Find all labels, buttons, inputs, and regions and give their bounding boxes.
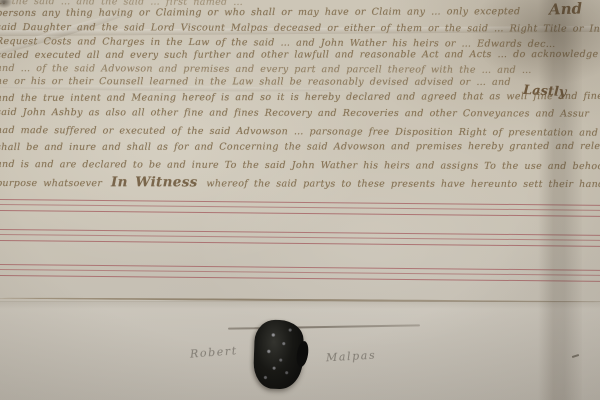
red-rule — [0, 240, 600, 247]
mid-crease — [0, 84, 345, 92]
red-ruled-lines-group — [0, 264, 600, 284]
red-ruled-lines-group — [0, 229, 600, 249]
red-ruled-lines-group — [0, 199, 600, 219]
red-rule — [0, 275, 600, 282]
signature-right: Malpas — [326, 349, 377, 365]
red-rule — [0, 269, 600, 276]
in-witness-engrossed-word: In Witness — [108, 176, 201, 190]
manuscript-line: and the true intent and Meaning hereof i… — [0, 91, 600, 105]
red-rule — [0, 204, 600, 211]
manuscript-line: shall be and inure and shall as for and … — [0, 141, 600, 154]
manuscript-line: said John Ashby as also all other fine a… — [0, 107, 600, 121]
witness-clause-line: purpose whatsoever In Witness whereof th… — [0, 176, 600, 191]
top-right-wrinkle-shade — [470, 0, 600, 86]
manuscript-line: and is and are declared to be and inure … — [0, 159, 600, 173]
witness-clause-before: purpose whatsoever — [0, 178, 102, 189]
red-rule — [0, 210, 600, 217]
top-left-dark-corner — [0, 0, 12, 8]
parchment-deed-photo: … the said … and the said … first named … — [0, 0, 600, 400]
red-rule — [0, 234, 600, 241]
manuscript-line: had made suffered or executed of the sai… — [0, 125, 600, 140]
